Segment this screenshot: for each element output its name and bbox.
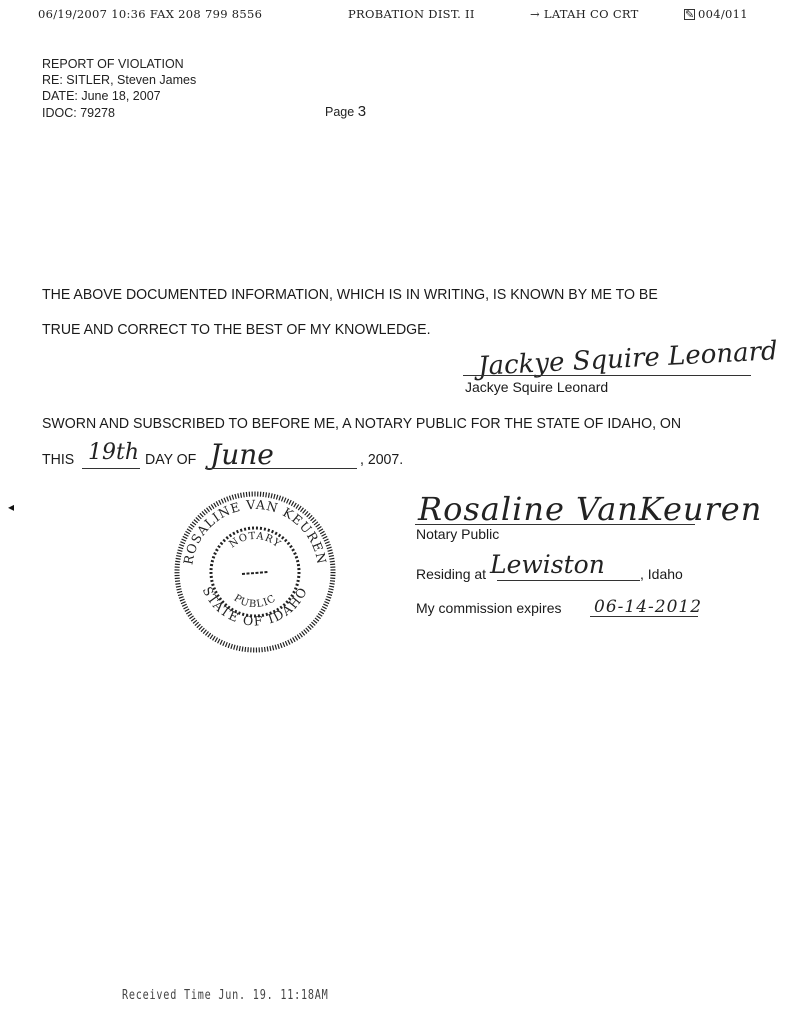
received-time: Received Time Jun. 19. 11:18AM [122, 988, 329, 1003]
day-line [82, 468, 140, 469]
seal-graphic: ROSALINE VAN KEUREN STATE OF IDAHO NOTAR… [170, 500, 340, 645]
signer-name: Jackye Squire Leonard [465, 379, 608, 395]
residing-handwritten: Lewiston [490, 550, 605, 579]
report-idoc: IDOC: 79278 [42, 105, 115, 121]
fax-timestamp: 06/19/2007 10:36 FAX 208 799 8556 [38, 7, 262, 21]
seal-center-bottom: PUBLIC [232, 593, 279, 610]
page-indicator: Page 3 [325, 104, 366, 120]
svg-text:NOTARY: NOTARY [227, 531, 282, 551]
report-title: REPORT OF VIOLATION [42, 56, 184, 72]
signer-signature-line [463, 375, 751, 376]
commission-handwritten: 06-14-2012 [594, 597, 702, 617]
margin-arrow-icon: ◂ [8, 500, 14, 515]
page-number: 3 [358, 103, 366, 120]
day-handwritten: 19th [88, 440, 139, 465]
month-line [205, 468, 357, 469]
seal-center-top: NOTARY [227, 531, 282, 551]
notary-clause-line-1: SWORN AND SUBSCRIBED TO BEFORE ME, A NOT… [42, 415, 681, 432]
residing-state: , Idaho [640, 566, 683, 582]
attestation-line-2: TRUE AND CORRECT TO THE BEST OF MY KNOWL… [42, 321, 430, 338]
notary-signature: Rosaline VanKeuren [418, 490, 762, 528]
fax-from: PROBATION DIST. II [348, 7, 475, 21]
page-label: Page [325, 105, 354, 119]
fax-page-icon: ✎ [684, 9, 695, 20]
residing-label: Residing at [416, 566, 486, 582]
notary-title: Notary Public [416, 526, 499, 542]
month-handwritten: June [210, 438, 274, 471]
fax-to: → LATAH CO CRT [530, 7, 639, 21]
residing-line [497, 580, 640, 581]
commission-label: My commission expires [416, 600, 561, 616]
day-of-label: DAY OF [145, 451, 196, 468]
svg-text:PUBLIC: PUBLIC [232, 593, 279, 610]
report-date: DATE: June 18, 2007 [42, 88, 161, 104]
report-re: RE: SITLER, Steven James [42, 72, 196, 88]
notary-signature-line [415, 524, 695, 525]
attestation-line-1: THE ABOVE DOCUMENTED INFORMATION, WHICH … [42, 286, 658, 303]
this-label: THIS [42, 451, 74, 468]
notary-seal: ROSALINE VAN KEUREN STATE OF IDAHO NOTAR… [170, 500, 340, 645]
year-suffix: , 2007. [360, 451, 403, 468]
commission-line [590, 616, 698, 617]
fax-page-counter: 004/011 [698, 7, 748, 21]
